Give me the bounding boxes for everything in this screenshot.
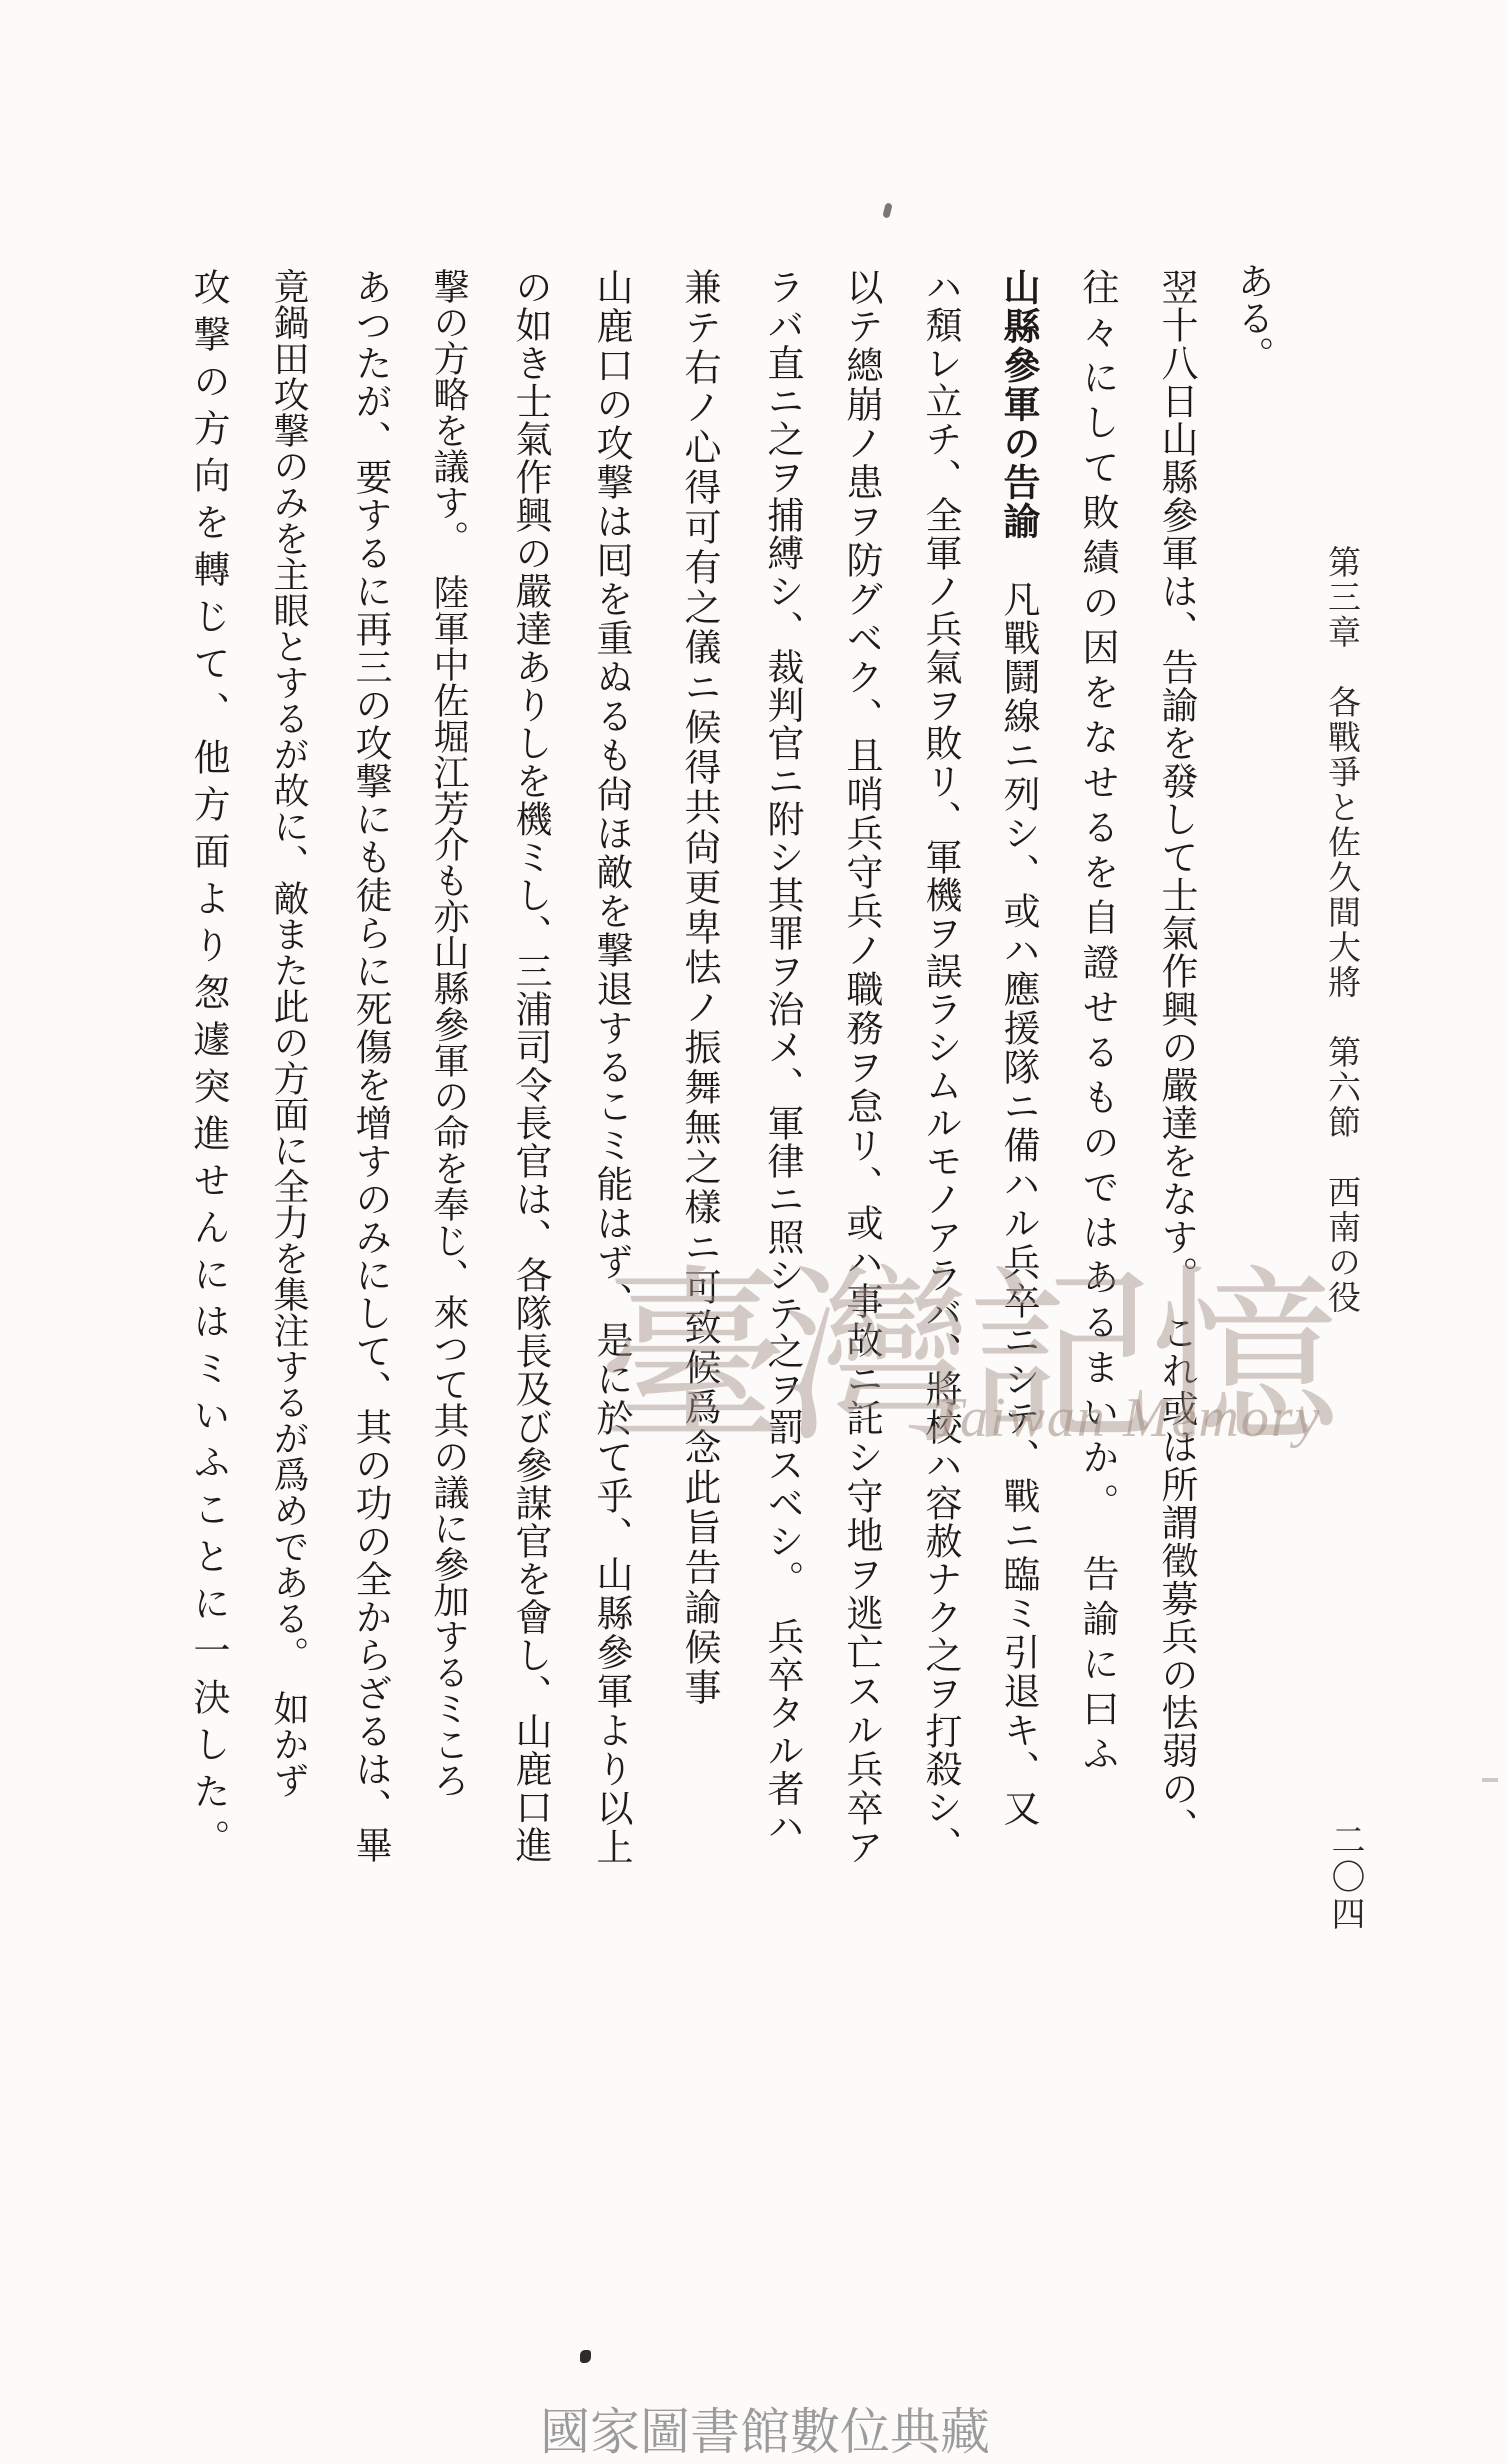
text-column-14: 攻撃の方向を轉じて、他方面より怱遽突進せんにはミいふことに一決した。 <box>189 268 226 1988</box>
text-column-7: ラバ直ニ之ヲ捕縛シ、裁判官ニ附シ其罪ヲ治メ、軍律ニ照シテ之ヲ罰スベシ。 兵卒タル… <box>763 268 800 1988</box>
text-column-8: 兼テ右ノ心得可有之儀ニ候得共尙更卑怯ノ振舞無之樣ニ可致候爲念此旨告諭候事 <box>680 268 717 1988</box>
page-number: 二〇四 <box>1320 1822 1369 1933</box>
text-column-13: 竟鍋田攻撃のみを主眼とするが故に、敵また此の方面に全力を集注するが爲めである。 … <box>271 268 307 1988</box>
scan-edge-mark <box>1482 1778 1498 1782</box>
edict-heading: 山縣參軍の告諭 <box>997 268 1038 541</box>
text-column-4: 山縣參軍の告諭 凡戰鬪線ニ列シ、或ハ應援隊ニ備ハル兵卒ニシテ、戰ニ臨ミ引退キ、又 <box>999 268 1036 1988</box>
text-column-6: 以テ總崩ノ患ヲ防グベク、且哨兵守兵ノ職務ヲ怠リ、或ハ事故ニ託シ守地ヲ逃亡スル兵卒… <box>842 268 879 1988</box>
scanned-book-page: 第三章 各戰爭と佐久間大將 第六節 西南の役 二〇四 ある。 翌十八日山縣參軍は… <box>0 0 1508 2464</box>
edict-heading-continuation: 凡戰鬪線ニ列シ、或ハ應援隊ニ備ハル兵卒ニシテ、戰ニ臨ミ引退キ、又 <box>997 541 1038 1828</box>
running-head: 第三章 各戰爭と佐久間大將 第六節 西南の役 <box>1318 545 1365 1645</box>
text-column-11: 撃の方略を議す。 陸軍中佐堀江芳介も亦山縣參軍の命を奉じ、來つて其の議に參加する… <box>431 268 467 1988</box>
text-column-3: 往々にして敗績の因をなせるを自證せるものではあるまいか。 告諭に曰ふ <box>1078 268 1115 1988</box>
text-column-9: 山鹿口の攻撃は囘を重ぬるも尙ほ敵を撃退するこミ能はず、是に於て乎、山縣參軍より以… <box>592 268 629 1988</box>
text-column-10: の如き士氣作興の嚴達ありしを機ミし、三浦司令長官は、各隊長及び參謀官を會し、山鹿… <box>511 268 548 1988</box>
text-column-12: あつたが、要するに再三の攻撃にも徒らに死傷を增すのみにして、其の功の全からざるは… <box>351 268 388 1988</box>
ink-speck-bottom <box>580 2350 591 2363</box>
text-column-1: ある。 <box>1233 262 1270 1982</box>
ink-speck-top <box>882 202 892 218</box>
text-column-5: ハ頽レ立チ、全軍ノ兵氣ヲ敗リ、軍機ヲ誤ラシムルモノアラバ、將校ハ容赦ナク之ヲ打殺… <box>921 268 958 1988</box>
digital-archive-caption: 國家圖書館數位典藏 <box>540 2392 990 2464</box>
text-column-2: 翌十八日山縣參軍は、告諭を發して士氣作興の嚴達をなす。 これ或は所謂徵募兵の怯弱… <box>1157 268 1194 1988</box>
